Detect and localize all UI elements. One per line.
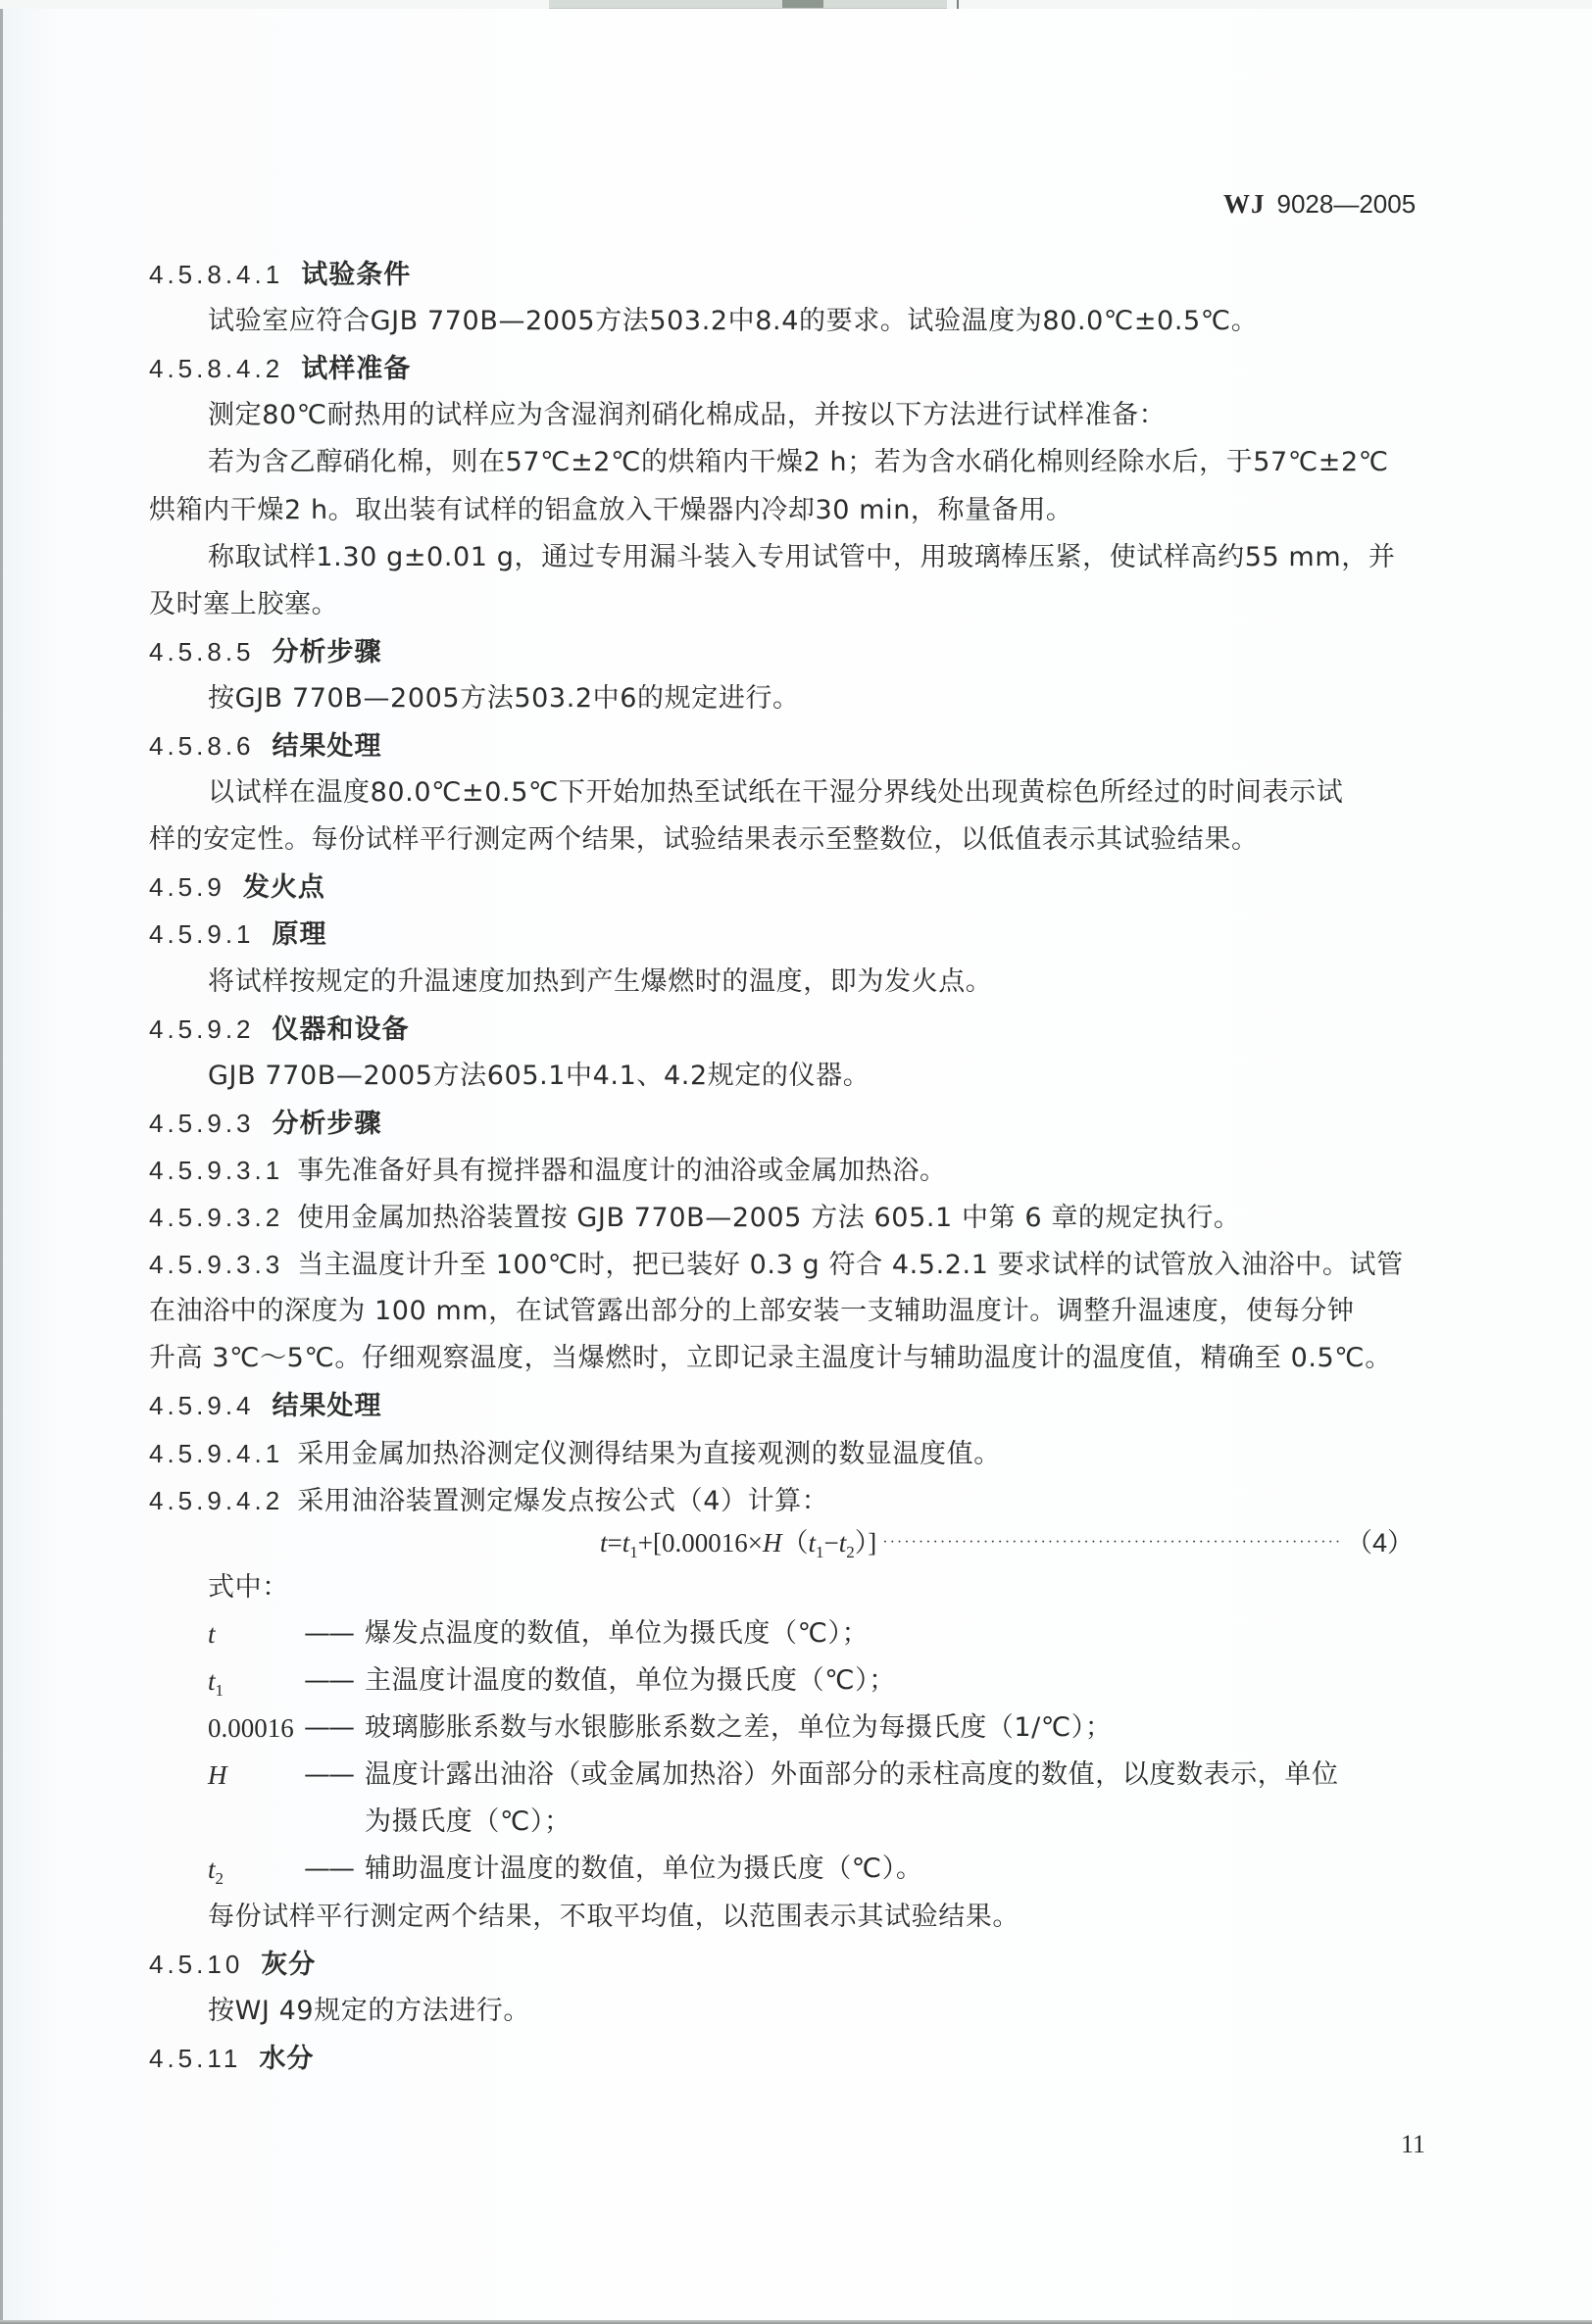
definition-symbol: H xyxy=(208,1752,227,1799)
section-title: 使用金属加热浴装置按 GJB 770B—2005 方法 605.1 中第 6 章… xyxy=(297,1203,1240,1233)
section-title: 试验条件 xyxy=(301,260,411,290)
symbol-text: t xyxy=(208,1854,216,1884)
section-number: 4.5.10 xyxy=(149,1950,243,1979)
section-number: 4.5.9.4.2 xyxy=(149,1486,283,1515)
paragraph-line: 升高 3℃～5℃。仔细观察温度，当爆燃时，立即记录主温度计与辅助温度计的温度值，… xyxy=(149,1335,1392,1382)
page-number: 11 xyxy=(1401,2129,1425,2160)
symbol-text: H xyxy=(208,1760,227,1790)
paragraph-line: 将试样按规定的升温速度加热到产生爆燃时的温度，即为发火点。 xyxy=(208,959,992,1006)
definition-text: 辅助温度计温度的数值，单位为摄氏度（℃）。 xyxy=(365,1846,922,1893)
definition-dash: —— xyxy=(304,1752,353,1799)
formula-var-t: t xyxy=(600,1528,608,1558)
section-heading: 4.5.9.1原理 xyxy=(149,911,327,958)
section-number: 4.5.9.2 xyxy=(149,1014,255,1044)
paragraph-line: 按WJ 49规定的方法进行。 xyxy=(208,1988,530,2035)
formula-minus: − xyxy=(823,1528,838,1558)
section-number: 4.5.9.3.2 xyxy=(149,1203,283,1232)
section-title: 发火点 xyxy=(243,872,325,903)
symbol-text: t xyxy=(208,1666,216,1696)
equation-number: （4） xyxy=(1346,1519,1414,1566)
section-heading: 4.5.9发火点 xyxy=(149,864,325,911)
formula-4: t=t1+[0.00016×H（t1−t2）] ················… xyxy=(600,1519,1414,1566)
standard-prefix: WJ xyxy=(1223,189,1266,219)
section-number: 4.5.11 xyxy=(149,2044,241,2073)
section-number: 4.5.8.6 xyxy=(149,731,255,761)
symbol-text: 0.00016 xyxy=(208,1713,294,1743)
paragraph-line: GJB 770B—2005方法605.1中4.1、4.2规定的仪器。 xyxy=(208,1053,870,1100)
section-title: 灰分 xyxy=(261,1950,316,1980)
standard-code-header: WJ9028—2005 xyxy=(1223,188,1416,221)
section-heading: 4.5.9.3分析步骤 xyxy=(149,1100,382,1147)
formula-paren: ）] xyxy=(855,1528,877,1558)
section-heading: 4.5.9.3.2使用金属加热浴装置按 GJB 770B—2005 方法 605… xyxy=(149,1194,1241,1241)
section-title: 试样准备 xyxy=(301,354,411,384)
definition-text: 玻璃膨胀系数与水银膨胀系数之差，单位为每摄氏度（1/℃）； xyxy=(365,1705,1113,1752)
paragraph-line: 称取试样1.30 g±0.01 g，通过专用漏斗装入专用试管中，用玻璃棒压紧，使… xyxy=(208,534,1395,581)
symbol-text: t xyxy=(208,1619,216,1649)
formula-coef: +[0.00016× xyxy=(638,1528,763,1558)
definition-symbol: t xyxy=(208,1610,216,1657)
section-number: 4.5.9.1 xyxy=(149,919,255,949)
section-title: 结果处理 xyxy=(273,1391,382,1421)
symbol-subscript: 1 xyxy=(216,1681,224,1700)
section-heading: 4.5.8.4.2试样准备 xyxy=(149,345,411,392)
section-heading: 4.5.9.2仪器和设备 xyxy=(149,1006,410,1053)
paragraph-line: 在油浴中的深度为 100 mm，在试管露出部分的上部安装一支辅助温度计。调整升温… xyxy=(149,1288,1355,1335)
formula-var-h: H xyxy=(763,1528,782,1558)
standard-number: 9028—2005 xyxy=(1277,189,1417,219)
section-title: 结果处理 xyxy=(273,731,382,762)
section-heading: 4.5.10灰分 xyxy=(149,1941,316,1988)
formula-equals: = xyxy=(608,1528,622,1558)
section-number: 4.5.9.3 xyxy=(149,1109,255,1138)
section-heading: 4.5.9.4.1采用金属加热浴测定仪测得结果为直接观测的数显温度值。 xyxy=(149,1430,1001,1477)
formula-expression: t=t1+[0.00016×H（t1−t2）] xyxy=(600,1519,876,1566)
section-heading: 4.5.9.4结果处理 xyxy=(149,1382,382,1429)
paragraph-line: 样的安定性。每份试样平行测定两个结果，试验结果表示至整数位，以低值表示其试验结果… xyxy=(149,816,1259,864)
section-title: 事先准备好具有搅拌器和温度计的油浴或金属加热浴。 xyxy=(297,1156,946,1186)
definition-symbol: t2 xyxy=(208,1846,224,1893)
section-number: 4.5.9 xyxy=(149,872,225,902)
section-title: 当主温度计升至 100℃时，把已装好 0.3 g 符合 4.5.2.1 要求试样… xyxy=(297,1250,1404,1280)
paragraph-line: 按GJB 770B—2005方法503.2中6的规定进行。 xyxy=(208,675,800,722)
formula-sub: 1 xyxy=(629,1543,638,1561)
paragraph-line: 测定80℃耐热用的试样应为含湿润剂硝化棉成品，并按以下方法进行试样准备： xyxy=(208,392,1166,439)
paragraph-line: 烘箱内干燥2 h。取出装有试样的铝盒放入干燥器内冷却30 min，称量备用。 xyxy=(149,487,1073,534)
definition-text: 主温度计温度的数值，单位为摄氏度（℃）； xyxy=(365,1657,896,1705)
section-heading: 4.5.9.3.3当主温度计升至 100℃时，把已装好 0.3 g 符合 4.5… xyxy=(149,1241,1404,1288)
section-title: 分析步骤 xyxy=(273,637,382,668)
section-title: 水分 xyxy=(259,2044,314,2074)
formula-paren: （ xyxy=(781,1528,808,1558)
formula-sub: 2 xyxy=(846,1543,855,1561)
section-number: 4.5.9.4 xyxy=(149,1391,255,1420)
section-heading: 4.5.8.6结果处理 xyxy=(149,722,382,769)
scan-edge-mark xyxy=(957,0,959,9)
paragraph-line: 及时塞上胶塞。 xyxy=(149,581,338,628)
paragraph-line: 以试样在温度80.0℃±0.5℃下开始加热至试纸在干湿分界线处出现黄棕色所经过的… xyxy=(208,769,1343,816)
page-left-edge xyxy=(0,9,3,2324)
definition-symbol: 0.00016 xyxy=(208,1705,294,1752)
paragraph-line: 试验室应符合GJB 770B—2005方法503.2中8.4的要求。试验温度为8… xyxy=(208,298,1258,345)
section-number: 4.5.8.5 xyxy=(149,637,255,667)
definition-dash: —— xyxy=(304,1610,353,1657)
section-number: 4.5.9.4.1 xyxy=(149,1439,283,1468)
section-heading: 4.5.9.3.1事先准备好具有搅拌器和温度计的油浴或金属加热浴。 xyxy=(149,1147,947,1194)
page-bottom-edge xyxy=(0,2320,1592,2324)
formula-var-t1: t xyxy=(808,1528,816,1558)
definition-dash: —— xyxy=(304,1846,353,1893)
section-title: 原理 xyxy=(273,919,327,950)
section-title: 仪器和设备 xyxy=(273,1014,410,1045)
definition-text: 温度计露出油浴（或金属加热浴）外面部分的汞柱高度的数值，以度数表示，单位 xyxy=(365,1752,1339,1799)
section-title: 采用金属加热浴测定仪测得结果为直接观测的数显温度值。 xyxy=(297,1439,1001,1469)
section-title: 分析步骤 xyxy=(273,1109,382,1139)
section-heading: 4.5.11水分 xyxy=(149,2035,314,2082)
paragraph-line: 若为含乙醇硝化棉，则在57℃±2℃的烘箱内干燥2 h；若为含水硝化棉则经除水后，… xyxy=(208,439,1389,486)
section-number: 4.5.9.3.1 xyxy=(149,1156,283,1185)
paragraph-line: 每份试样平行测定两个结果，不取平均值，以范围表示其试验结果。 xyxy=(208,1894,1020,1941)
section-heading: 4.5.8.4.1试验条件 xyxy=(149,251,411,298)
definition-dash: —— xyxy=(304,1657,353,1705)
definition-symbol: t1 xyxy=(208,1657,224,1705)
section-number: 4.5.9.3.3 xyxy=(149,1250,283,1279)
section-title: 采用油浴装置测定爆发点按公式（4）计算： xyxy=(297,1486,828,1516)
where-label: 式中： xyxy=(208,1564,289,1611)
definition-text: 爆发点温度的数值，单位为摄氏度（℃）； xyxy=(365,1610,869,1657)
scan-binding-clip xyxy=(782,0,823,8)
section-number: 4.5.8.4.1 xyxy=(149,260,283,289)
section-heading: 4.5.9.4.2采用油浴装置测定爆发点按公式（4）计算： xyxy=(149,1477,828,1524)
scan-binding-bar xyxy=(549,0,947,9)
definition-dash: —— xyxy=(304,1705,353,1752)
section-heading: 4.5.8.5分析步骤 xyxy=(149,628,382,675)
formula-leader-dots: ········································… xyxy=(882,1519,1340,1566)
section-number: 4.5.8.4.2 xyxy=(149,354,283,383)
definition-text: 为摄氏度（℃）； xyxy=(365,1799,572,1846)
symbol-subscript: 2 xyxy=(216,1869,224,1888)
